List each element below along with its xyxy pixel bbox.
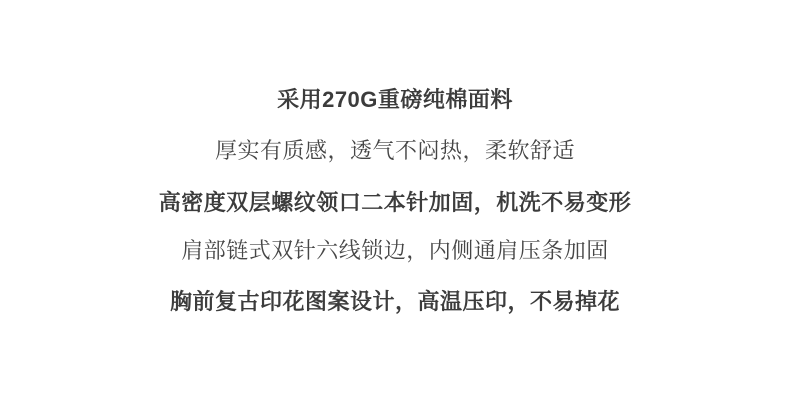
feature-line-texture: 厚实有质感，透气不闷热，柔软舒适 [0,140,790,162]
feature-line-collar: 高密度双层螺纹领口二本针加固，机洗不易变形 [0,192,790,214]
feature-line-fabric: 采用270G重磅纯棉面料 [0,89,790,111]
feature-line-print: 胸前复古印花图案设计，高温压印，不易掉花 [0,291,790,313]
product-description-panel: 采用270G重磅纯棉面料 厚实有质感，透气不闷热，柔软舒适 高密度双层螺纹领口二… [0,0,790,407]
feature-line-shoulder: 肩部链式双针六线锁边，内侧通肩压条加固 [0,240,790,262]
